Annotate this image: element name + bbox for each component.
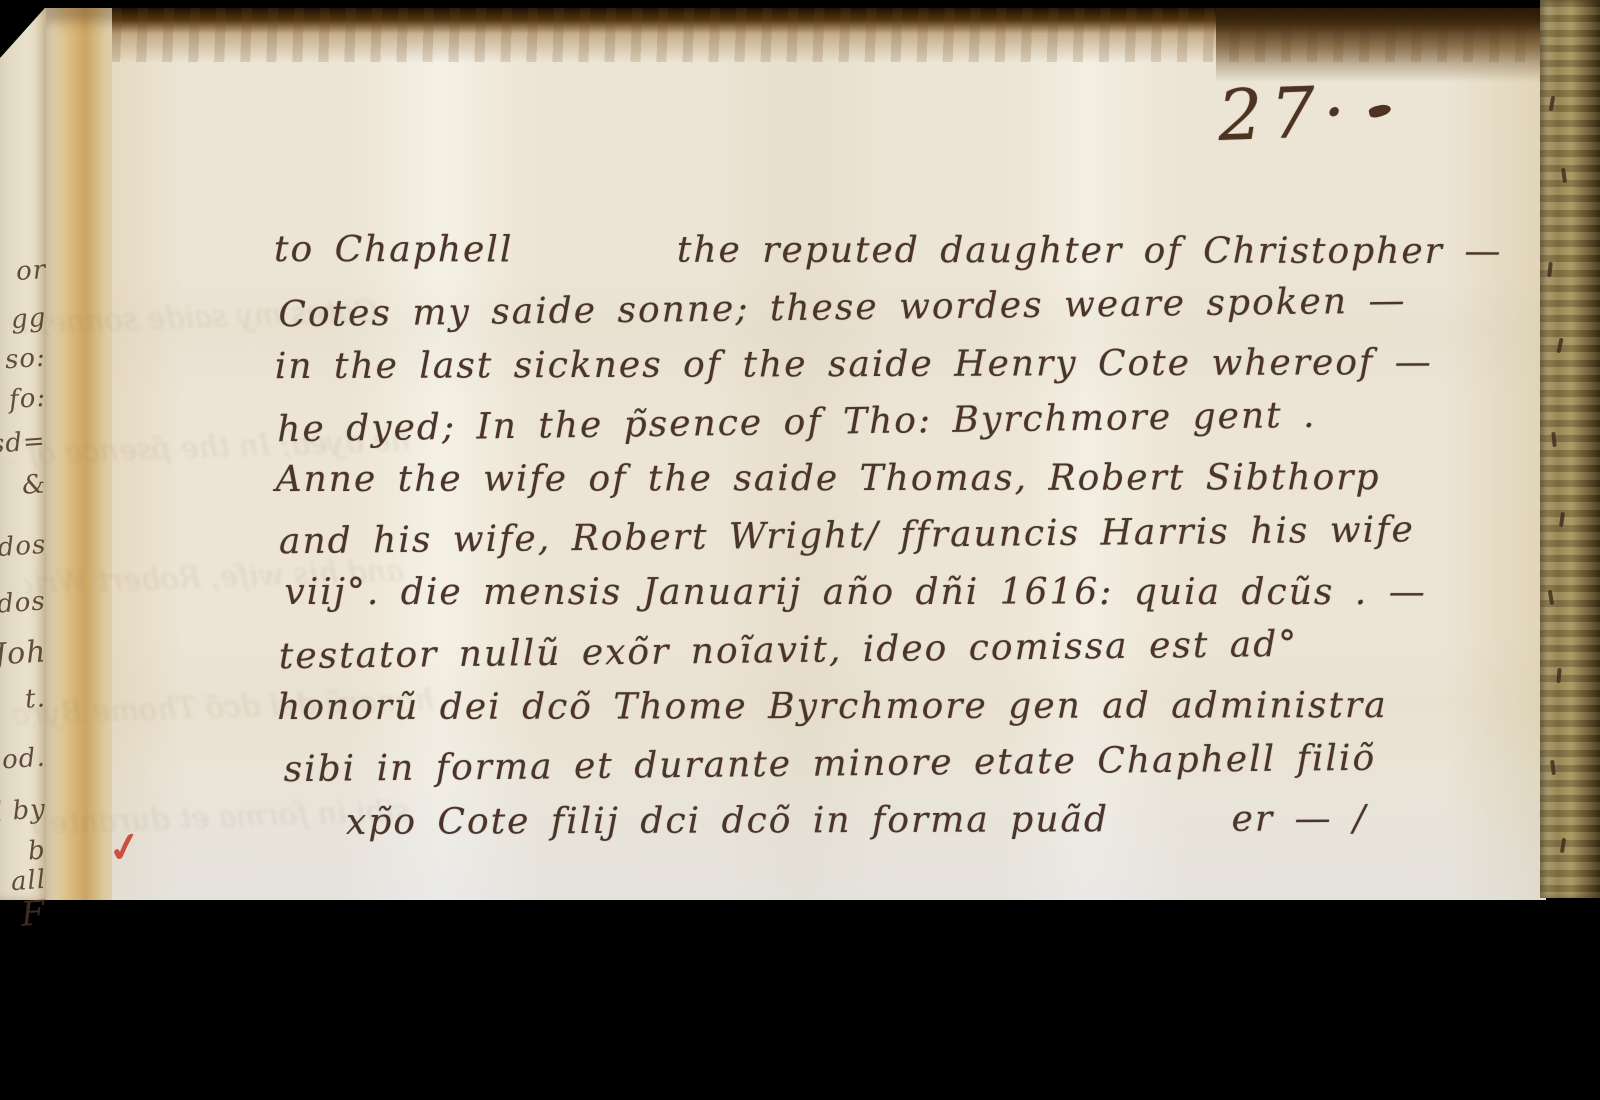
fore-edge-ink-mark xyxy=(1550,760,1556,775)
facing-text-fragment: & xyxy=(21,469,47,501)
manuscript-line: he dyed; In the p̃sence of Tho: Byrchmor… xyxy=(277,385,1468,459)
facing-text-fragment: fo: xyxy=(8,383,47,416)
fore-edge-ink-mark xyxy=(1556,668,1561,683)
photo-corner-shadow xyxy=(0,0,52,58)
facing-text-fragment: t. xyxy=(24,683,47,714)
fore-edge-ink-mark xyxy=(1561,168,1567,183)
facing-text-fragment: so: xyxy=(4,343,47,376)
book-fore-edge xyxy=(1540,0,1600,898)
manuscript-line: xp̃o Cote filij dci dcõ in forma puãd er… xyxy=(346,790,1536,851)
fore-edge-ink-mark xyxy=(1551,432,1557,447)
manuscript-line: to Chaphell the reputed daughter of Chri… xyxy=(274,221,1464,280)
book-gutter xyxy=(46,8,118,900)
facing-text-fragment: Joh xyxy=(0,634,47,673)
manuscript-line: honorũ dei dcõ Thome Byrchmore gen ad ad… xyxy=(277,677,1467,736)
facing-text-fragment: l by xyxy=(0,794,47,828)
facing-text-fragment: od. xyxy=(1,743,47,776)
folio-number: 27· xyxy=(1217,69,1393,157)
fore-edge-ink-mark xyxy=(1560,838,1566,853)
facing-text-fragment: or xyxy=(15,255,47,287)
manuscript-line: sibi in forma et durante minore etate Ch… xyxy=(283,729,1474,798)
manuscript-photo: or gg so: fo: sd= & odos dos Joh t. od. … xyxy=(0,0,1600,1100)
facing-text-fragment: F xyxy=(20,893,47,935)
fore-edge-ink-mark xyxy=(1549,96,1556,111)
facing-text-fragment: b xyxy=(27,835,47,866)
facing-page-edge: or gg so: fo: sd= & odos dos Joh t. od. … xyxy=(0,8,48,900)
fore-edge-ink-mark xyxy=(1547,262,1553,277)
manuscript-line: testator nullũ exõr noĩavit, ideo comiss… xyxy=(278,614,1469,686)
fore-edge-ink-mark xyxy=(1548,590,1555,605)
manuscript-line: viij°. die mensis Januarij año dñi 1616:… xyxy=(284,564,1474,621)
facing-text-fragment: gg xyxy=(10,303,47,335)
fore-edge-ink-mark xyxy=(1556,338,1563,354)
facing-text-fragment: odos xyxy=(0,530,47,564)
manuscript-line: and his wife, Robert Wright/ ffrauncis H… xyxy=(279,501,1470,570)
manuscript-text-block: to Chaphell the reputed daughter of Chri… xyxy=(274,218,1468,853)
facing-text-fragment: sd= xyxy=(0,426,47,460)
manuscript-line: in the last sicknes of the saide Henry C… xyxy=(275,334,1465,395)
manuscript-line: Cotes my saide sonne; these wordes weare… xyxy=(278,272,1469,344)
manuscript-line: Anne the wife of the saide Thomas, Rober… xyxy=(276,449,1466,508)
facing-text-fragment: dos xyxy=(0,586,47,619)
fore-edge-ink-mark xyxy=(1559,512,1565,527)
